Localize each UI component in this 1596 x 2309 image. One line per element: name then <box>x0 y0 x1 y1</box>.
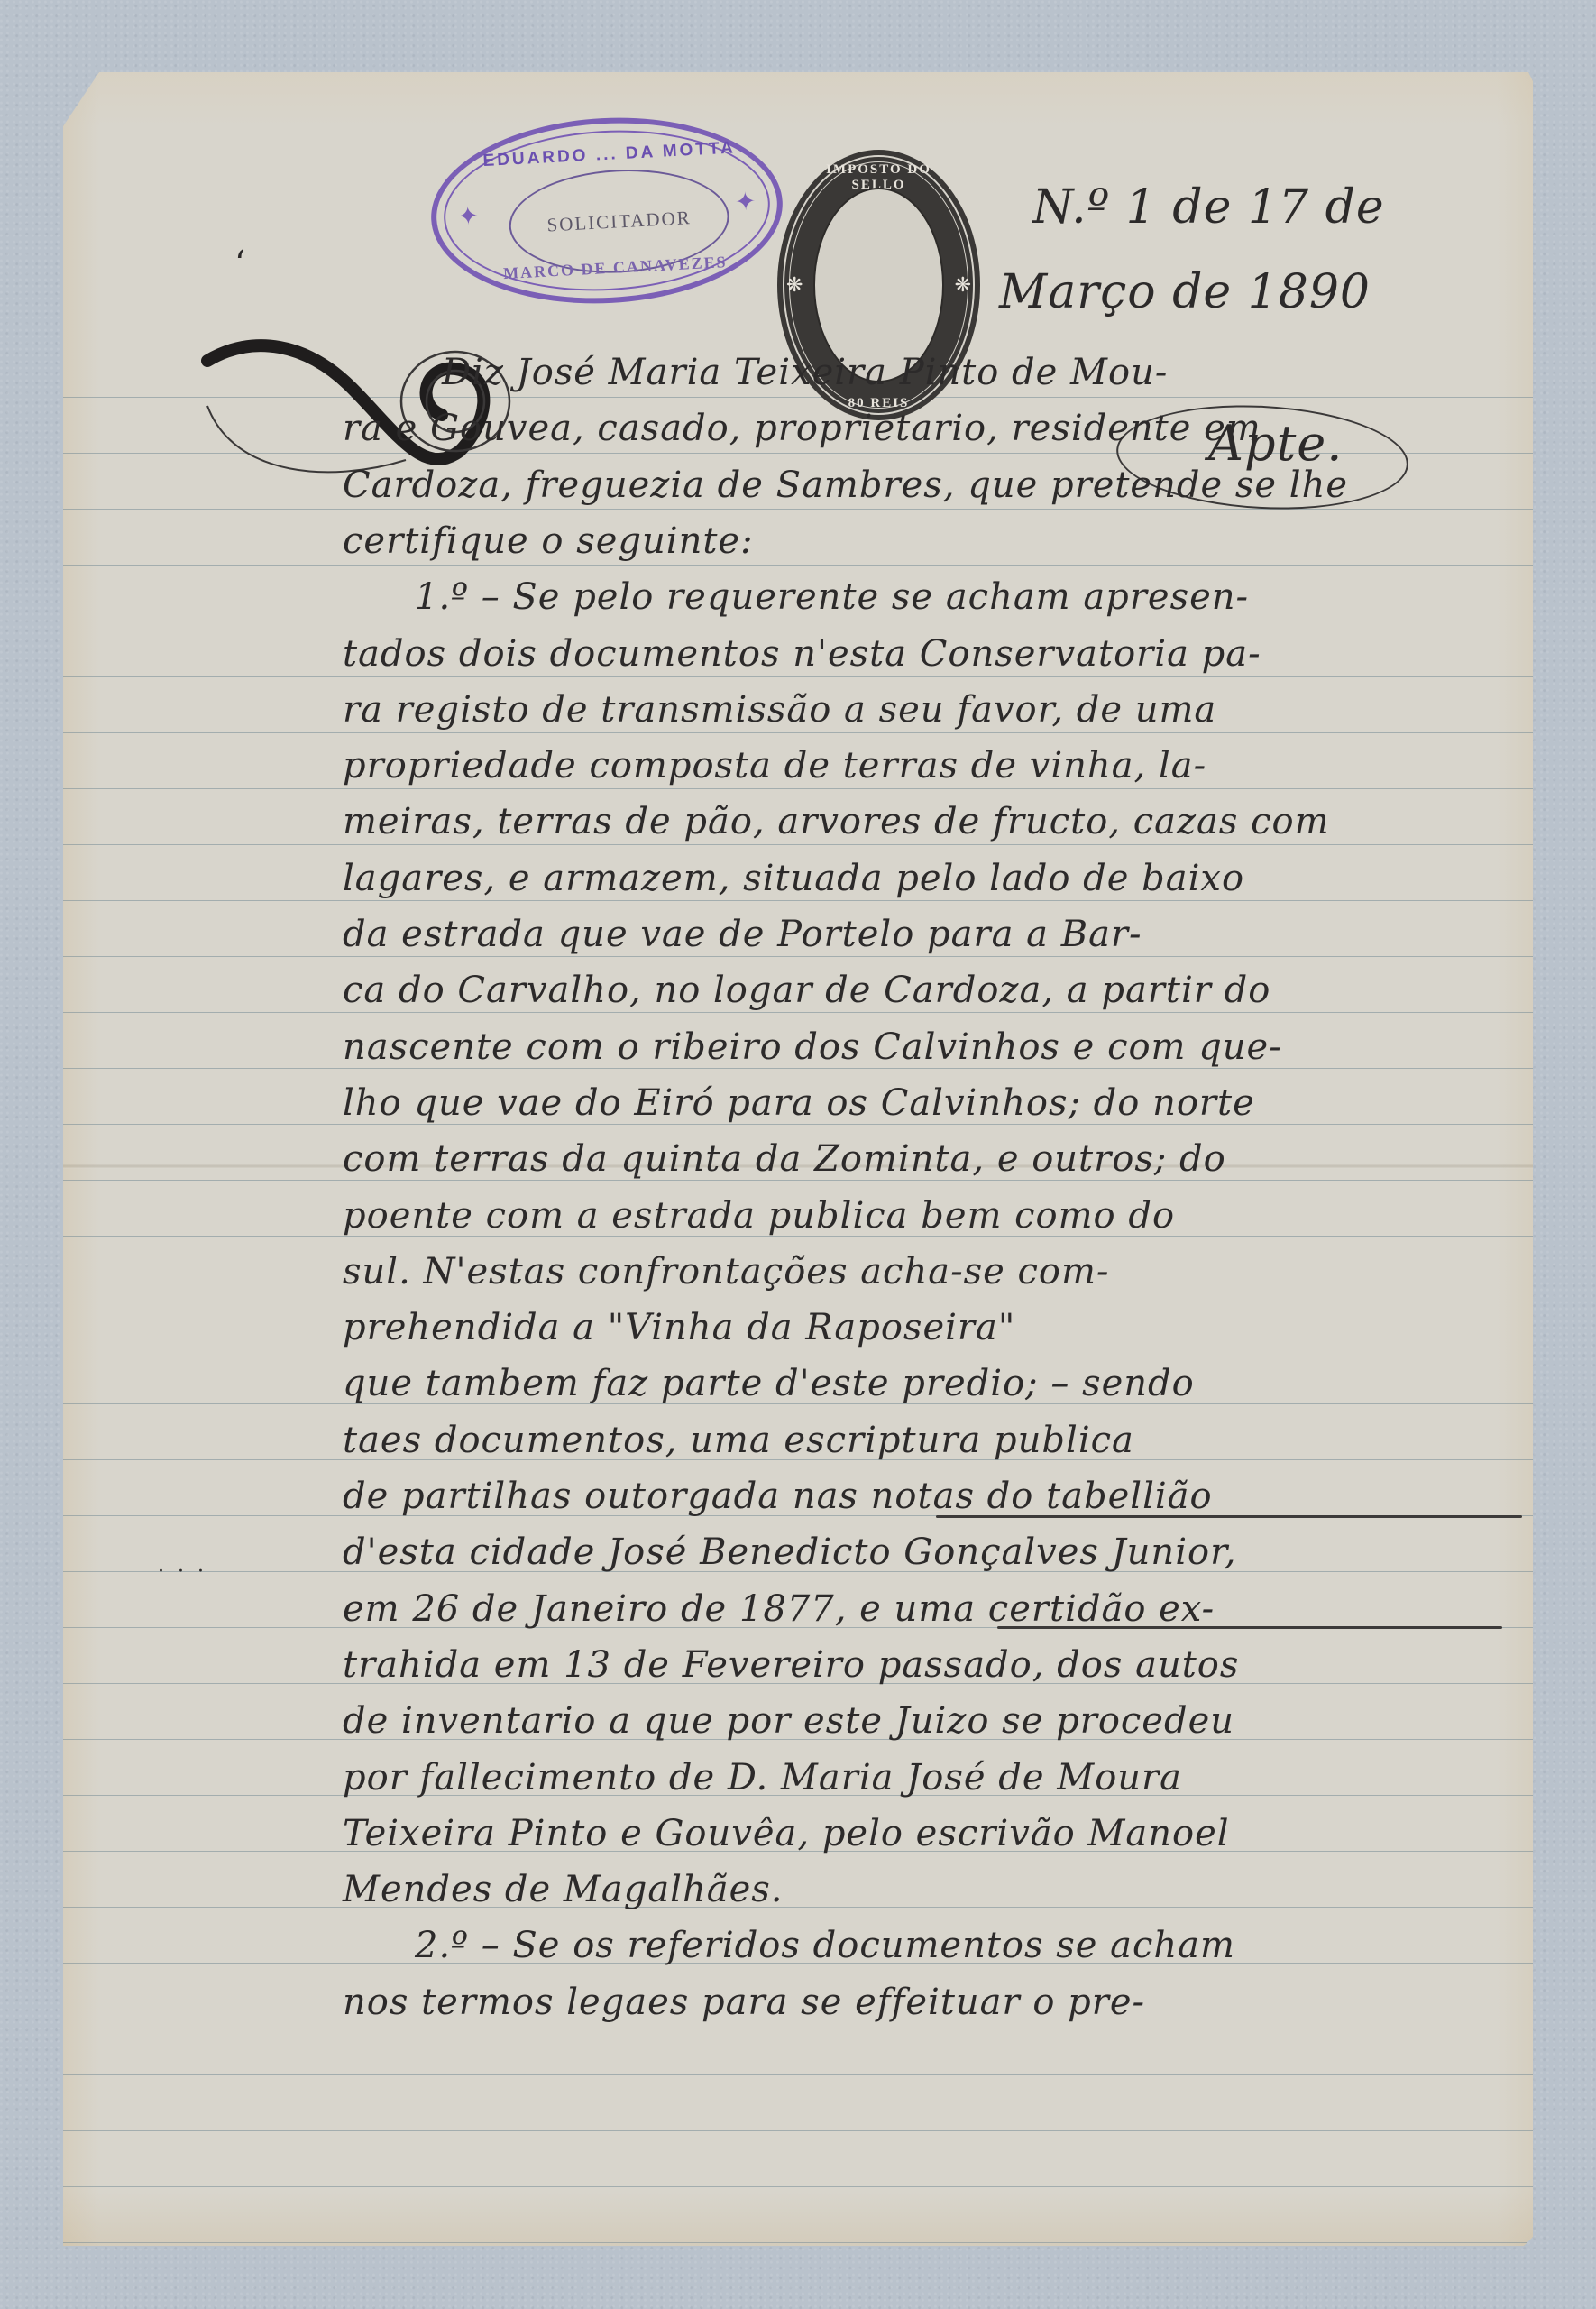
ruled-line <box>63 1124 1533 1125</box>
underline-vinha <box>936 1515 1522 1518</box>
ruled-line <box>63 844 1533 845</box>
ruled-line <box>63 2130 1533 2131</box>
handwritten-line: por fallecimento de D. Maria José de Mou… <box>343 1757 1182 1798</box>
handwritten-line: sul. N'estas confrontações acha-se com- <box>343 1251 1109 1292</box>
ruled-line <box>63 900 1533 901</box>
handwritten-line: poente com a estrada publica bem como do <box>343 1195 1175 1237</box>
ruled-line <box>63 1012 1533 1013</box>
ruled-line <box>63 676 1533 677</box>
handwritten-line: ca do Carvalho, no logar de Cardoza, a p… <box>343 970 1270 1011</box>
handwritten-line: com terras da quinta da Zominta, e outro… <box>343 1138 1226 1180</box>
handwritten-line: ra e Gouvea, casado, proprietario, resid… <box>343 408 1261 449</box>
entry-number-date-line2: Março de 1890 <box>999 265 1371 319</box>
initial-flourish-icon <box>198 325 541 487</box>
handwritten-line: tados dois documentos n'esta Conservator… <box>343 633 1261 675</box>
handwritten-line: 2.º – Se os referidos documentos se acha… <box>415 1925 1235 1966</box>
ruled-line <box>63 956 1533 957</box>
ruled-line <box>63 1068 1533 1069</box>
handwritten-line: Cardoza, freguezia de Sambres, que prete… <box>343 465 1348 506</box>
handwritten-line: lho que vae do Eiró para os Calvinhos; d… <box>343 1082 1255 1124</box>
handwritten-line: em 26 de Janeiro de 1877, e uma certidão… <box>343 1588 1215 1630</box>
handwritten-line: Diz José Maria Teixeira Pinto de Mou- <box>442 352 1168 393</box>
knot-ornament-icon: ❋ <box>955 274 971 297</box>
ruled-line <box>63 509 1533 510</box>
handwritten-line: Mendes de Magalhães. <box>343 1869 783 1910</box>
margin-mark: ‘ <box>234 244 245 283</box>
handwritten-line: de inventario a que por este Juizo se pr… <box>343 1700 1234 1742</box>
ruled-line <box>63 621 1533 621</box>
handwritten-line: d'esta cidade José Benedicto Gonçalves J… <box>343 1532 1237 1573</box>
handwritten-line: ra registo de transmissão a seu favor, d… <box>343 689 1216 731</box>
handwritten-line: 1.º – Se pelo requerente se acham aprese… <box>415 576 1249 618</box>
handwritten-line: de partilhas outorgada nas notas do tabe… <box>343 1476 1213 1517</box>
handwritten-line: lagares, e armazem, situada pelo lado de… <box>343 858 1244 899</box>
handwritten-line: nos termos legaes para se effeituar o pr… <box>343 1982 1145 2023</box>
star-ornament-icon: ✦ <box>454 202 482 231</box>
ruled-line <box>63 565 1533 566</box>
star-ornament-icon: ✦ <box>731 188 760 216</box>
handwritten-line: Teixeira Pinto e Gouvêa, pelo escrivão M… <box>343 1813 1230 1854</box>
handwritten-line: nascente com o ribeiro dos Calvinhos e c… <box>343 1026 1282 1068</box>
ruled-line <box>63 2074 1533 2075</box>
ruled-line <box>63 2242 1533 2243</box>
stamp-center-text: SOLICITADOR <box>546 207 692 236</box>
margin-dots: · · · <box>158 1560 207 1583</box>
underline-escriptura <box>997 1626 1502 1629</box>
entry-number-date-line1: N.º 1 de 17 de <box>1032 180 1385 235</box>
handwritten-line: que tambem faz parte d'este predio; – se… <box>343 1363 1195 1404</box>
handwritten-line: taes documentos, uma escriptura publica <box>343 1420 1134 1461</box>
handwritten-line: propriedade composta de terras de vinha,… <box>343 745 1206 787</box>
ruled-line <box>63 788 1533 789</box>
handwritten-line: prehendida a "Vinha da Raposeira" <box>343 1307 1015 1348</box>
ruled-line <box>63 1907 1533 1908</box>
handwritten-line: trahida em 13 de Fevereiro passado, dos … <box>343 1644 1239 1686</box>
ruled-line <box>63 2186 1533 2187</box>
knot-ornament-icon: ❋ <box>786 274 803 297</box>
ruled-line <box>63 732 1533 733</box>
handwritten-line: certifique o seguinte: <box>343 520 754 562</box>
handwritten-line: da estrada que vae de Portelo para a Bar… <box>343 914 1142 955</box>
solicitor-stamp: EDUARDO ... DA MOTTA SOLICITADOR ✦ ✦ MAR… <box>427 109 787 312</box>
document-page: EDUARDO ... DA MOTTA SOLICITADOR ✦ ✦ MAR… <box>63 72 1533 2246</box>
handwritten-line: meiras, terras de pão, arvores de fructo… <box>343 801 1330 842</box>
